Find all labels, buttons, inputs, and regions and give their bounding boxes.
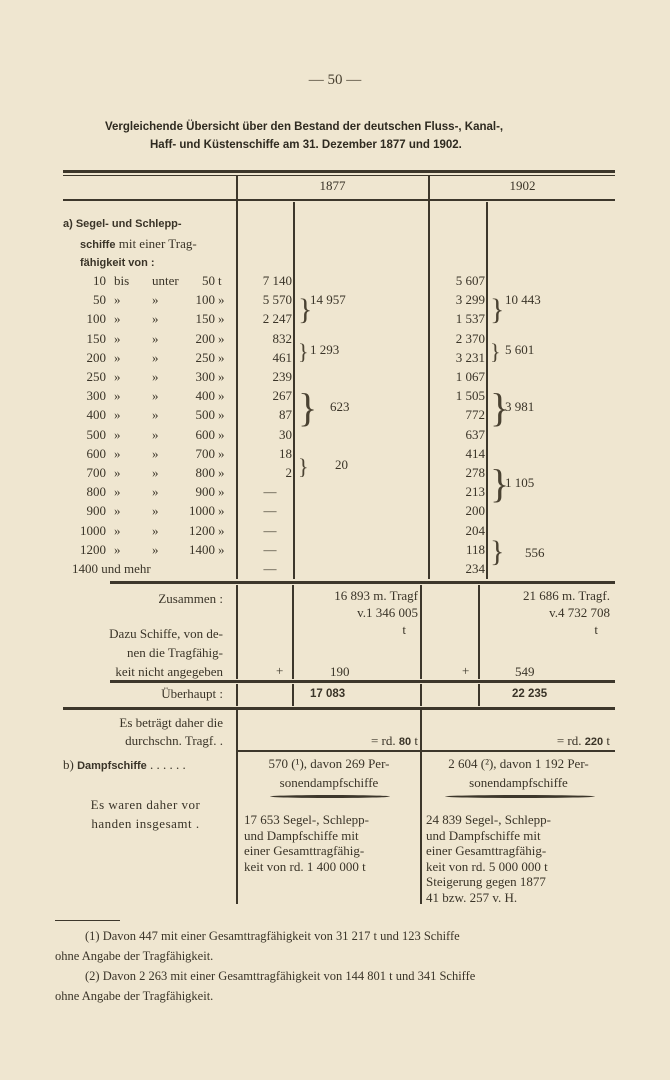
range-row: 500»»600» xyxy=(68,427,228,446)
range-to: 700 xyxy=(173,446,215,462)
summary-line: keit von rd. 5 000 000 t xyxy=(426,859,616,875)
range-sep: » xyxy=(114,388,144,404)
summary-line: und Dampfschiffe mit xyxy=(426,828,616,844)
range-row: 150»»200» xyxy=(68,331,228,350)
ueberhaupt-label: Überhaupt : xyxy=(63,684,223,703)
range-to: 300 xyxy=(173,369,215,385)
range-from: 1200 xyxy=(68,542,106,558)
brace-icon: } xyxy=(490,525,504,579)
value-1877: 5 570 xyxy=(236,292,292,308)
range-unit: » xyxy=(218,331,230,347)
dampf-1877-2: sonendampfschiffe xyxy=(238,773,420,792)
value-1902: 204 xyxy=(430,523,485,539)
value-1902: 5 607 xyxy=(430,273,485,289)
zusammen-1902-1: 21 686 m. Tragf. xyxy=(480,587,610,604)
durchschnitt-1877: = rd. 80 t xyxy=(240,731,418,752)
value-1902: 234 xyxy=(430,561,485,577)
zusammen-1877-3: t xyxy=(294,621,406,638)
durchschnitt-1902: = rd. 220 t xyxy=(424,731,610,752)
ueberhaupt-1902: 22 235 xyxy=(512,685,547,704)
range-sep: » xyxy=(114,503,144,519)
range-row: 600»»700» xyxy=(68,446,228,465)
range-from: 100 xyxy=(68,311,106,327)
summary-line: 17 653 Segel-, Schlepp- xyxy=(244,812,418,828)
avg-unit: t xyxy=(414,733,418,748)
header-rule xyxy=(63,199,615,201)
value-1877: — xyxy=(258,503,282,519)
col-line xyxy=(420,585,422,679)
value-1877: 461 xyxy=(236,350,292,366)
value-1877: — xyxy=(258,561,282,577)
insgesamt-label-1: Es waren daher vor xyxy=(63,795,228,814)
range-to: 1000 xyxy=(173,503,215,519)
section-a-label-1: a) Segel- und Schlepp- xyxy=(63,215,182,234)
brace-icon: } xyxy=(298,448,309,486)
durchschnitt-rule xyxy=(236,750,615,752)
col-line xyxy=(236,585,238,679)
value-1877: — xyxy=(258,542,282,558)
range-to: 100 xyxy=(173,292,215,308)
zusammen-label: Zusammen : xyxy=(63,589,223,608)
range-unit: » xyxy=(218,542,230,558)
range-to: 200 xyxy=(173,331,215,347)
group-1902: 10 443 xyxy=(505,290,541,309)
range-from: 10 xyxy=(68,273,106,289)
avg-prefix: = rd. xyxy=(557,733,582,748)
range-unit: » xyxy=(218,446,230,462)
col-line xyxy=(486,202,488,579)
value-1902: 1 505 xyxy=(430,388,485,404)
range-row: 400»»500» xyxy=(68,407,228,426)
range-row: 10bisunter50t xyxy=(68,273,228,292)
dazu-1902: 549 xyxy=(515,662,535,681)
range-from: 600 xyxy=(68,446,106,462)
table-title: Vergleichende Übersicht über den Bestand… xyxy=(60,118,620,154)
value-1902: 1 067 xyxy=(430,369,485,385)
col-line xyxy=(293,202,295,579)
range-from: 300 xyxy=(68,388,106,404)
dazu-rule xyxy=(110,680,615,683)
summary-line: Steigerung gegen 1877 xyxy=(426,874,616,890)
durchschnitt-label-2: durchschn. Tragf. . xyxy=(63,731,223,750)
section-b-label: b) Dampfschiffe . . . . . . xyxy=(63,755,186,776)
group-1902: 5 601 xyxy=(505,340,534,359)
range-unit: » xyxy=(218,427,230,443)
value-1877: 30 xyxy=(236,427,292,443)
value-1902: 414 xyxy=(430,446,485,462)
avg-value: 80 xyxy=(399,736,411,748)
group-1902: 3 981 xyxy=(505,397,534,416)
range-to: 150 xyxy=(173,311,215,327)
avg-value: 220 xyxy=(585,736,603,748)
range-sep: » xyxy=(114,350,144,366)
range-row: 200»»250» xyxy=(68,350,228,369)
range-unit: t xyxy=(218,273,230,289)
durchschnitt-label-1: Es beträgt daher die xyxy=(63,713,223,732)
footnote-2-line-1: (2) Davon 2 263 mit einer Gesamttragfähi… xyxy=(55,966,610,986)
value-1877: 2 247 xyxy=(236,311,292,327)
range-to: 500 xyxy=(173,407,215,423)
insgesamt-1902: 24 839 Segel-, Schlepp-und Dampfschiffe … xyxy=(426,812,616,905)
col-line xyxy=(236,684,238,706)
range-to: 50 xyxy=(173,273,215,289)
insgesamt-label-2: handen insgesamt . xyxy=(63,814,228,833)
value-1877: 2 xyxy=(236,465,292,481)
summary-line: einer Gesamttragfähig- xyxy=(426,843,616,859)
range-sep: » xyxy=(114,331,144,347)
range-unit: » xyxy=(218,388,230,404)
dampf-1902-1: 2 604 (²), davon 1 192 Per- xyxy=(422,754,615,773)
value-1877: 7 140 xyxy=(236,273,292,289)
top-rule xyxy=(63,170,615,173)
value-1902: 200 xyxy=(430,503,485,519)
group-1902: 1 105 xyxy=(505,473,534,492)
header-1877: 1877 xyxy=(237,176,428,195)
footnote-1-line-1: (1) Davon 447 mit einer Gesamttragfähigk… xyxy=(55,926,610,946)
group-1877: 14 957 xyxy=(310,290,346,309)
range-row: 1200»»1400» xyxy=(68,542,228,561)
summary-line: einer Gesamttragfähig- xyxy=(244,843,418,859)
range-from: 700 xyxy=(68,465,106,481)
footnote-1-line-2: ohne Angabe der Tragfähigkeit. xyxy=(55,946,610,966)
range-row: 700»»800» xyxy=(68,465,228,484)
group-1877: 20 xyxy=(335,455,348,474)
group-1877: 623 xyxy=(330,397,350,416)
ueberhaupt-rule xyxy=(63,707,615,710)
footnote-separator xyxy=(55,920,120,921)
range-unit: » xyxy=(218,311,230,327)
summary-line: 41 bzw. 257 v. H. xyxy=(426,890,616,906)
range-sep: » xyxy=(114,292,144,308)
range-unit: » xyxy=(218,523,230,539)
range-from: 1400 und mehr xyxy=(72,561,151,577)
col-line xyxy=(478,684,480,706)
range-from: 150 xyxy=(68,331,106,347)
range-from: 50 xyxy=(68,292,106,308)
range-from: 1000 xyxy=(68,523,106,539)
avg-unit: t xyxy=(606,733,610,748)
range-to: 800 xyxy=(173,465,215,481)
title-line-1: Vergleichende Übersicht über den Bestand… xyxy=(60,118,620,136)
range-unit: » xyxy=(218,484,230,500)
dampf-1877-1: 570 (¹), davon 269 Per- xyxy=(238,754,420,773)
range-from: 900 xyxy=(68,503,106,519)
range-row: 900»»1000» xyxy=(68,503,228,522)
range-from: 200 xyxy=(68,350,106,366)
ornament-rule xyxy=(445,795,595,798)
value-1877: — xyxy=(258,484,282,500)
range-from: 400 xyxy=(68,407,106,423)
value-1902: 213 xyxy=(430,484,485,500)
footnote-2-line-2: ohne Angabe der Tragfähigkeit. xyxy=(55,986,610,1006)
section-a-label-3: fähigkeit von : xyxy=(80,254,155,273)
ornament-rule xyxy=(270,795,390,798)
value-1877: 267 xyxy=(236,388,292,404)
col-line xyxy=(236,710,238,750)
range-sep: » xyxy=(114,369,144,385)
range-to: 1400 xyxy=(173,542,215,558)
brace-icon: } xyxy=(298,333,309,371)
zusammen-1902-3: t xyxy=(480,621,598,638)
dazu-label-1: Dazu Schiffe, von de- xyxy=(63,624,223,643)
group-1902: 556 xyxy=(525,543,545,562)
dazu-1877: 190 xyxy=(330,662,350,681)
range-unit: » xyxy=(218,503,230,519)
value-1902: 637 xyxy=(430,427,485,443)
section-a-label-2: schiffe mit einer Trag- xyxy=(80,234,197,255)
range-unit: » xyxy=(218,292,230,308)
dazu-label-2: nen die Tragfähig- xyxy=(63,643,223,662)
range-to: 250 xyxy=(173,350,215,366)
range-sep: » xyxy=(114,407,144,423)
summary-line: keit von rd. 1 400 000 t xyxy=(244,859,418,875)
range-sep: » xyxy=(114,427,144,443)
range-to: 600 xyxy=(173,427,215,443)
value-1902: 1 537 xyxy=(430,311,485,327)
value-1877: 87 xyxy=(236,407,292,423)
range-unit: » xyxy=(218,407,230,423)
range-sep: bis xyxy=(114,273,144,289)
avg-prefix: = rd. xyxy=(371,733,396,748)
ueberhaupt-1877: 17 083 xyxy=(310,685,345,704)
col-line xyxy=(420,710,422,750)
range-row: 1400 und mehr xyxy=(68,561,228,580)
value-1877: 239 xyxy=(236,369,292,385)
range-from: 250 xyxy=(68,369,106,385)
brace-icon: } xyxy=(298,372,317,444)
range-row: 300»»400» xyxy=(68,388,228,407)
range-sep: » xyxy=(114,523,144,539)
zusammen-1877-2: v.1 346 005 xyxy=(294,604,418,621)
section-a-rule xyxy=(110,581,615,584)
value-1902: 118 xyxy=(430,542,485,558)
section-b-title: Dampfschiffe xyxy=(77,760,147,772)
brace-icon: } xyxy=(490,283,504,337)
value-1902: 3 299 xyxy=(430,292,485,308)
dazu-label-3: keit nicht angegeben xyxy=(63,662,223,681)
value-1902: 278 xyxy=(430,465,485,481)
value-1902: 3 231 xyxy=(430,350,485,366)
col-line xyxy=(420,684,422,706)
range-row: 100»»150» xyxy=(68,311,228,330)
value-1877: — xyxy=(258,523,282,539)
range-to: 1200 xyxy=(173,523,215,539)
summary-line: 24 839 Segel-, Schlepp- xyxy=(426,812,616,828)
range-sep: » xyxy=(114,465,144,481)
page-number: — 50 — xyxy=(0,72,670,89)
section-b-dots: . . . . . . xyxy=(150,757,186,772)
range-unit: » xyxy=(218,350,230,366)
col-line xyxy=(292,684,294,706)
range-row: 800»»900» xyxy=(68,484,228,503)
value-1877: 832 xyxy=(236,331,292,347)
title-line-2: Haff- und Küstenschiffe am 31. Dezember … xyxy=(60,136,620,154)
range-to: 400 xyxy=(173,388,215,404)
header-1902: 1902 xyxy=(430,176,615,195)
range-row: 250»»300» xyxy=(68,369,228,388)
range-sep: » xyxy=(114,446,144,462)
plus-sign: + xyxy=(462,661,469,680)
value-1902: 2 370 xyxy=(430,331,485,347)
range-sep: » xyxy=(114,484,144,500)
range-sep: » xyxy=(114,311,144,327)
range-row: 1000»»1200» xyxy=(68,523,228,542)
zusammen-1877-1: 16 893 m. Tragf xyxy=(294,587,418,604)
range-unit: » xyxy=(218,465,230,481)
brace-icon: } xyxy=(490,333,501,371)
range-from: 800 xyxy=(68,484,106,500)
range-sep: » xyxy=(114,542,144,558)
insgesamt-1877: 17 653 Segel-, Schlepp-und Dampfschiffe … xyxy=(244,812,418,874)
range-from: 500 xyxy=(68,427,106,443)
range-unit: » xyxy=(218,369,230,385)
range-to: 900 xyxy=(173,484,215,500)
zusammen-1902-2: v.4 732 708 xyxy=(480,604,610,621)
plus-sign: + xyxy=(276,661,283,680)
section-b-prefix: b) xyxy=(63,757,74,772)
dampf-1902-2: sonendampfschiffe xyxy=(422,773,615,792)
group-1877: 1 293 xyxy=(310,340,339,359)
value-1877: 18 xyxy=(236,446,292,462)
summary-line: und Dampfschiffe mit xyxy=(244,828,418,844)
range-row: 50»»100» xyxy=(68,292,228,311)
value-1902: 772 xyxy=(430,407,485,423)
